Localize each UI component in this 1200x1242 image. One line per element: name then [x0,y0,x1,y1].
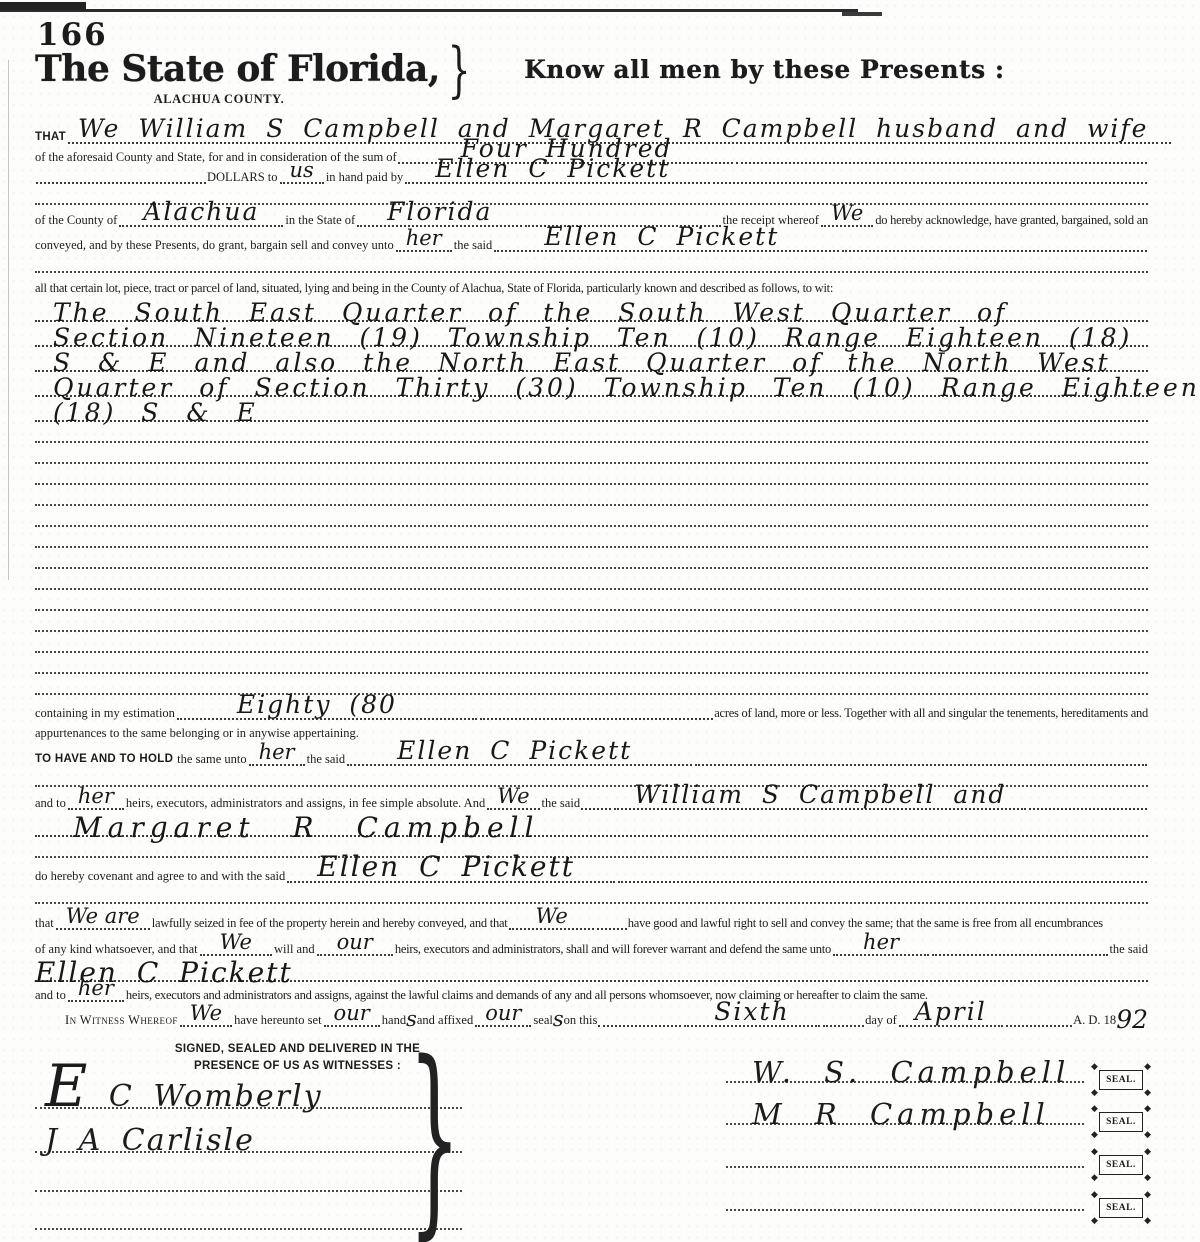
seal-stamp: SEAL. [1094,1111,1148,1133]
signer-signature: W. S. Campbell [726,1063,1084,1081]
witness-column: SIGNED, SEALED AND DELIVERED IN THE PRES… [35,1041,490,1230]
description-handwriting: Quarter of Section Thirty (30) Township … [53,380,1200,395]
dotted-line [713,182,1147,184]
in-hand-label: in hand paid by [326,170,403,184]
dotted-line [35,508,1148,527]
dotted-line [35,592,1148,611]
witness-signature-line [35,1153,462,1192]
witness-signature-line: E C Womberly [35,1075,462,1109]
signature-line [726,1209,1084,1211]
description-line: The South East Quarter of the South West… [35,297,1148,322]
dotted-line [1029,808,1147,810]
kind-label: of any kind whatsoever, and that [35,942,198,956]
grantee-line: Ellen C Pickett [35,956,1148,982]
description-intro: all that certain lot, piece, tract or pa… [35,281,833,295]
grantor-line2: Margaret R Campbell [35,810,1148,837]
witness-signature-line [35,1192,462,1230]
dotted-line [35,445,1148,464]
seal-stamp: SEAL. [1094,1197,1148,1219]
unto-pronoun-handwriting: her [259,740,295,764]
dotted-line [597,928,627,930]
conveyed-label: conveyed, and by these Presents, do gran… [35,238,394,252]
signer-row: SEAL. [726,1168,1148,1211]
hand-label: hand [382,1013,406,1027]
to-us-handwriting: us [290,158,314,182]
witness-brace: } [408,1039,460,1237]
pronoun-handwriting: her [78,784,114,808]
our-handwriting: our [334,1001,370,1025]
witness-signature-line: J A Carlisle [35,1109,462,1153]
in-state-label: in the State of [285,213,355,227]
receipt-pronoun-handwriting: We [831,201,863,225]
description-handwriting: Section Nineteen (19) Township Ten (10) … [53,330,1132,345]
heirs-text: heirs, executors, administrators and ass… [126,796,485,810]
we-handwriting: We [190,1001,222,1025]
county-heading: ALACHUA COUNTY. [135,92,303,107]
habendum-line: TO HAVE AND TO HOLD the same unto her th… [35,746,1148,766]
dollars-label: DOLLARS to [207,170,278,184]
grantee-handwriting: Ellen C Pickett [544,222,779,251]
the-said-label: the said [454,238,493,252]
description-intro-line: all that certain lot, piece, tract or pa… [35,275,1148,295]
appurtenances-text: appurtenances to the same belonging or i… [35,726,359,740]
dotted-line [1161,142,1171,144]
grantee-handwriting: Ellen C Pickett [35,965,293,980]
description-line: S & E and also the North East Quarter of… [35,347,1148,372]
dotted-line [618,881,1147,883]
dotted-line [35,466,1148,485]
set-label: have hereunto set [234,1013,321,1027]
on-this-label: on this [564,1013,598,1027]
containing-label: containing in my estimation [35,706,175,720]
our-handwriting: our [485,1001,521,1025]
scanned-deed-page: 166 The State of Florida, } Know all men… [0,0,1200,1242]
pronoun-handwriting: her [78,976,114,1000]
dotted-line [823,1025,864,1027]
dotted-line [35,613,1148,632]
dotted-line [1006,1025,1072,1027]
covenant-line: do hereby covenant and agree to and with… [35,863,1148,883]
paid-by-handwriting: Ellen C Pickett [435,154,670,183]
right-text: have good and lawful right to sell and c… [628,916,1103,930]
the-said-label: the said [1109,942,1148,956]
seal-label: SEAL. [1099,1112,1143,1132]
month-handwriting: April [915,997,987,1026]
dollars-line: DOLLARS to us in hand paid by Ellen C Pi… [35,164,1148,184]
grantee-handwriting: Ellen C Pickett [397,736,632,765]
deed-document: 166 The State of Florida, } Know all men… [35,0,1148,1230]
seal-label: SEAL. [1099,1070,1143,1090]
covenant-label: do hereby covenant and agree to and with… [35,869,285,883]
day-handwriting: Sixth [714,997,789,1026]
seal-plural-handwriting: s [553,1012,564,1027]
description-line: Quarter of Section Thirty (30) Township … [35,372,1148,397]
dotted-line [35,676,1148,695]
signer-signature: M R Campbell [726,1105,1084,1123]
seized-text: lawfully seized in fee of the property h… [152,916,508,930]
will-and-label: will and [274,942,315,956]
seal-label: SEAL. [1099,1155,1143,1175]
containing-line: containing in my estimation Eighty (80 a… [35,700,1148,720]
we-handwriting: We [220,930,252,954]
signer-row: M R Campbell SEAL. [726,1083,1148,1125]
seal-label: SEAL. [1099,1198,1143,1218]
conveyed-line: conveyed, and by these Presents, do gran… [35,232,1148,252]
claims-text: heirs, executors and administrators and … [126,988,928,1002]
consideration-label: of the aforesaid County and State, for a… [35,150,397,164]
grantor-handwriting: Margaret R Campbell [53,820,539,835]
signature-line: M R Campbell [726,1105,1084,1125]
signer-row: SEAL. [726,1125,1148,1168]
dotted-line [35,634,1148,653]
dotted-line [35,655,1148,674]
dotted-line [695,764,1147,766]
dotted-line [35,885,1148,904]
unto-pronoun-handwriting: her [863,930,899,954]
state-title: The State of Florida, [35,48,440,90]
testimonium-line: In Witness Whereof We have hereunto set … [35,1007,1148,1027]
dotted-line [35,254,1148,273]
dotted-line [35,571,1148,590]
we-handwriting: We [535,904,567,928]
seal-word-label: seal [533,1013,552,1027]
dotted-line [932,954,1108,956]
we-handwriting: We [497,784,529,808]
and-to-label: and to [35,796,66,810]
document-header: The State of Florida, } Know all men by … [35,46,1148,92]
dotted-line [35,550,1148,569]
acres-text: acres of land, more or less. Together wi… [714,706,1148,720]
seal-stamp: SEAL. [1094,1069,1148,1091]
seized-line: that We are lawfully seized in fee of th… [35,910,1148,930]
our-handwriting: our [337,930,373,954]
description-handwriting: The South East Quarter of the South West… [53,305,1007,320]
and-to-label: and to [35,988,66,1002]
the-said-label: the said [542,796,581,810]
description-line: Section Nineteen (19) Township Ten (10) … [35,322,1148,347]
in-witness-label: In Witness Whereof [65,1013,178,1027]
year-handwriting: 92 [1116,1012,1148,1027]
dotted-line [35,529,1148,548]
of-county-label: of the County of [35,213,117,227]
dotted-line [36,182,206,184]
witness-signature: E C Womberly [35,1076,323,1107]
grantor-handwriting: William S Campbell and [634,780,1006,809]
heirs-text: heirs, executors and administrators, sha… [395,942,831,956]
dotted-line [581,808,611,810]
scan-edge-artifact [8,60,9,580]
acknowledge-text: do hereby acknowledge, have granted, bar… [875,213,1148,227]
signer-row: W. S. Campbell SEAL. [726,1041,1148,1083]
same-unto-label: the same unto [177,752,246,766]
signature-block: SIGNED, SEALED AND DELIVERED IN THE PRES… [35,1041,1148,1230]
acreage-handwriting: Eighty (80 [237,690,397,719]
to-have-label: TO HAVE AND TO HOLD [35,752,173,766]
description-handwriting: S & E and also the North East Quarter of… [53,355,1111,370]
that-label: THAT [35,130,66,144]
witness-signature: J A Carlisle [35,1131,255,1151]
day-of-label: day of [865,1013,897,1027]
dotted-line [842,250,1147,252]
seal-stamp: SEAL. [1094,1154,1148,1176]
title-brace: } [448,47,471,93]
heirs-line: and to her heirs, executors, administrat… [35,790,1148,810]
state-handwriting: Florida [387,197,492,226]
unto-pronoun-handwriting: her [406,226,442,250]
dotted-line [35,487,1148,506]
description-handwriting: (18) S & E [53,405,258,420]
county-handwriting: Alachua [143,197,259,226]
warrant-line: of any kind whatsoever, and that We will… [35,936,1148,956]
the-said-label: the said [307,752,346,766]
ad-label: A. D. 18 [1073,1013,1116,1027]
grantee-handwriting: Ellen C Pickett [317,850,575,883]
we-are-handwriting: We are [66,904,140,928]
signer-column: W. S. Campbell SEAL. M R Campbell SEAL. … [726,1041,1148,1230]
signature-line: W. S. Campbell [726,1063,1084,1083]
know-all-heading: Know all men by these Presents : [524,55,1005,84]
that-label: that [35,916,54,930]
dotted-line [598,1025,681,1027]
